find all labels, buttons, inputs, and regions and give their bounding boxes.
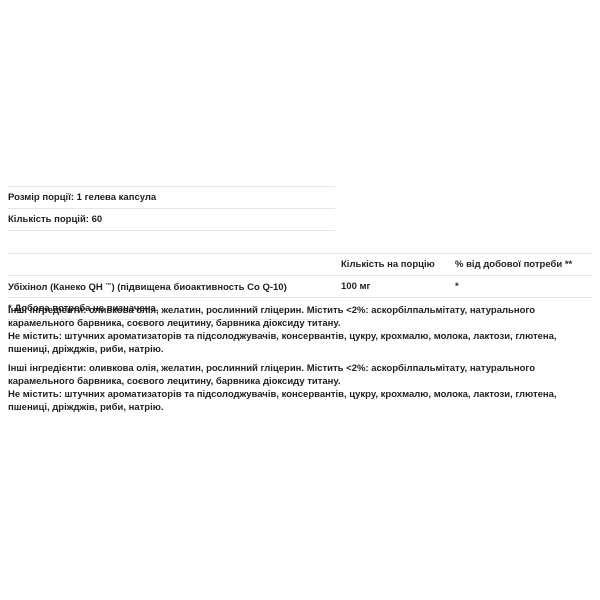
servings-per-container-row: Кількість порцій: 60 (8, 209, 335, 231)
daily-value-header: % від добової потреби ** (455, 254, 572, 275)
does-not-contain: Не містить: штучних ароматизаторів та пі… (8, 388, 593, 414)
ingredient-amount: 100 мг (341, 276, 370, 297)
supplement-facts-table: Розмір порції: 1 гелева капсула Кількіст… (8, 186, 593, 320)
does-not-contain: Не містить: штучних ароматизаторів та пі… (8, 330, 593, 356)
ingredients-block-1: Інші інгредієнти: оливкова олія, желатин… (8, 304, 593, 356)
header-spacer (8, 231, 593, 254)
other-ingredients: Інші інгредієнти: оливкова олія, желатин… (8, 304, 593, 330)
ingredient-name: Убіхінол (Канеко QH ™) (підвищена биоакт… (8, 282, 287, 293)
table-row: Убіхінол (Канеко QH ™) (підвищена биоакт… (8, 276, 593, 298)
serving-size-row: Розмір порції: 1 гелева капсула (8, 187, 335, 209)
serving-size: Розмір порції: 1 гелева капсула (8, 192, 156, 203)
amount-per-serving-header: Кількість на порцію (341, 254, 435, 275)
servings-per-container: Кількість порцій: 60 (8, 214, 102, 225)
other-ingredients: Інші інгредієнти: оливкова олія, желатин… (8, 362, 593, 388)
ingredient-daily-value: * (455, 276, 459, 297)
table-header-row: Кількість на порцію % від добової потреб… (8, 254, 593, 276)
ingredients-block-2: Інші інгредієнти: оливкова олія, желатин… (8, 362, 593, 414)
